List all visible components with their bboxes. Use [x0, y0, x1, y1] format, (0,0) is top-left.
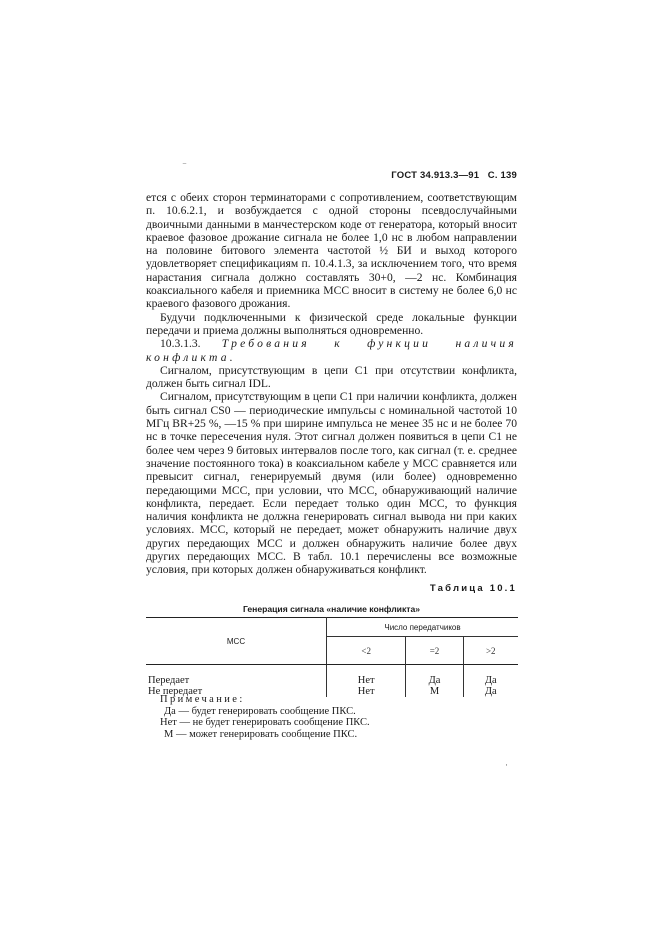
- table-notes: Примечание: Да — будет генерировать сооб…: [160, 694, 460, 740]
- note-item: М — может генерировать сообщение ПКС.: [160, 729, 460, 741]
- standard-number: ГОСТ 34.913.3—91: [391, 170, 479, 181]
- note-item: Да — будет генерировать сообщение ПКС.: [160, 706, 460, 718]
- column-header: =2: [406, 637, 463, 665]
- table-label: Таблица 10.1: [380, 583, 517, 594]
- table-title: Генерация сигнала «наличие конфликта»: [146, 604, 517, 614]
- section-title: Требования к функции наличия конфликта.: [146, 337, 517, 363]
- column-header: <2: [327, 637, 406, 665]
- note-item: Нет — не будет генерировать сообщение ПК…: [160, 717, 460, 729]
- table-cell: Нет: [327, 665, 406, 687]
- row-label: Передает: [146, 665, 327, 687]
- document-page: ‾ ГОСТ 34.913.3—91 С. 139 ется с обеих с…: [0, 0, 661, 935]
- group-header-transmitters: Число передатчиков: [327, 618, 519, 637]
- section-number: 10.3.1.3.: [160, 337, 201, 350]
- collision-table: МСС Число передатчиков <2 =2 >2 Передает…: [146, 617, 518, 697]
- page-number: С. 139: [488, 170, 517, 181]
- page-header: ГОСТ 34.913.3—91 С. 139: [389, 170, 517, 181]
- table-cell: Да: [406, 665, 463, 687]
- notes-title: Примечание:: [160, 694, 460, 706]
- body-text: ется с обеих сторон терминаторами с сопр…: [146, 191, 517, 577]
- column-header: >2: [463, 637, 518, 665]
- paragraph-cs0: Сигналом, присутствующим в цепи С1 при н…: [146, 390, 517, 576]
- scan-speck: ·: [505, 760, 508, 770]
- table-row: Передает Нет Да Да: [146, 665, 518, 687]
- paragraph-idl: Сигналом, присутствующим в цепи С1 при о…: [146, 364, 517, 391]
- paragraph-simultaneous: Будучи подключенными к физической среде …: [146, 311, 517, 338]
- paragraph-continuation: ется с обеих сторон терминаторами с сопр…: [146, 191, 517, 311]
- row-header-mcc: МСС: [146, 618, 327, 665]
- scan-speck: ‾: [183, 163, 186, 173]
- section-heading: 10.3.1.3. Требования к функции наличия к…: [146, 337, 517, 364]
- table-cell: Да: [463, 686, 518, 697]
- table-cell: Да: [463, 665, 518, 687]
